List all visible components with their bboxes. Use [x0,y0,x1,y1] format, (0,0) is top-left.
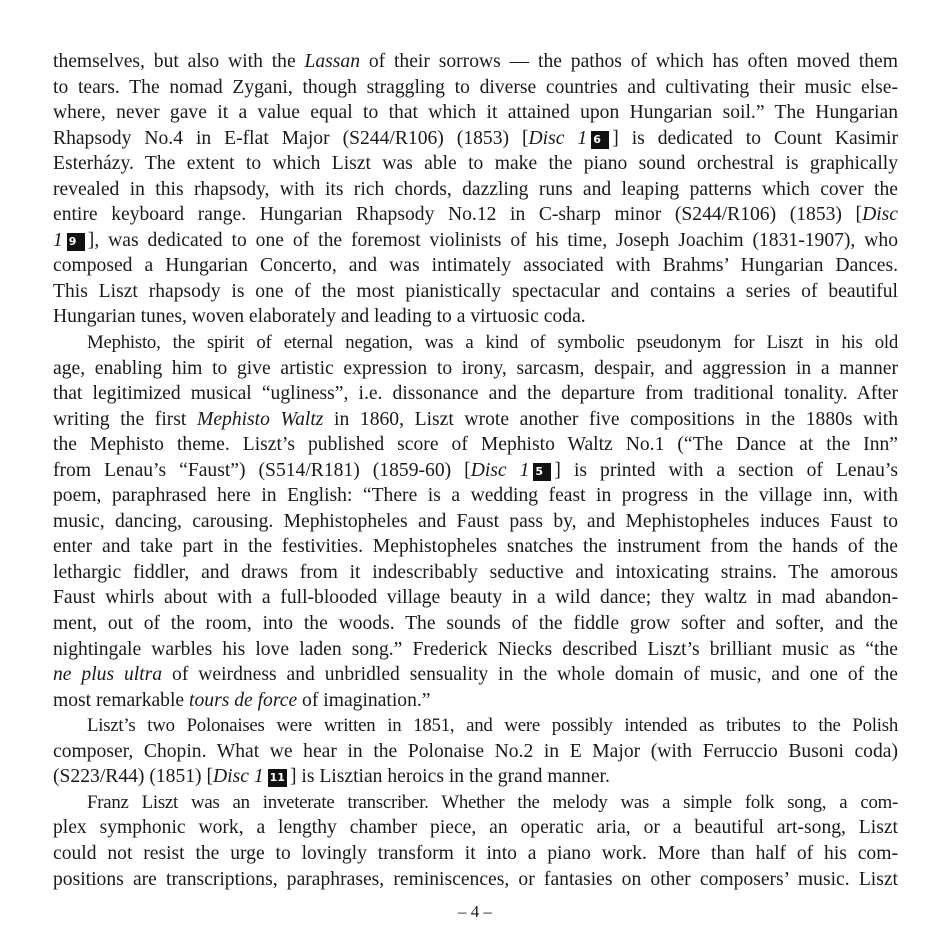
text-line: Rhapsody No.4 in E-flat Major (S244/R106… [53,126,898,152]
italic-text: Disc 1 [471,460,530,481]
text-line: This Liszt rhapsody is one of the most p… [53,279,898,305]
italic-text: ne plus ultra [53,664,162,685]
text-line: writing the first Mephisto Waltz in 1860… [53,407,898,433]
text-line: ment, out of the room, into the woods. T… [53,611,898,637]
text-line: Liszt’s two Polonaises were written in 1… [53,713,898,739]
text-line: ne plus ultra of weirdness and unbridled… [53,662,898,688]
track-number-badge: 9 [67,233,85,251]
paragraph: Mephisto, the spirit of eternal negation… [53,330,898,713]
text-line: nightingale warbles his love laden song.… [53,637,898,663]
text-line: Hungarian tunes, woven elaborately and l… [53,304,898,330]
text-line: poem, paraphrased here in English: “Ther… [53,483,898,509]
text-line: (S223/R44) (1851) [Disc 111] is Lisztian… [53,764,898,790]
italic-text: tours de force [189,690,297,711]
text-line: 19], was dedicated to one of the foremos… [53,228,898,254]
paragraph: Liszt’s two Polonaises were written in 1… [53,713,898,790]
text-line: Faust whirls about with a full-blooded v… [53,585,898,611]
track-number-badge: 11 [268,769,287,787]
text-line: composed a Hungarian Concerto, and was i… [53,253,898,279]
text-line: to tears. The nomad Zygani, though strag… [53,75,898,101]
text-line: could not resist the urge to lovingly tr… [53,841,898,867]
text-line: revealed in this rhapsody, with its rich… [53,177,898,203]
text-line: enter and take part in the festivities. … [53,534,898,560]
track-number-badge: 6 [591,131,609,149]
text-line: Mephisto, the spirit of eternal negation… [53,330,898,356]
paragraph: themselves, but also with the Lassan of … [53,49,898,330]
text-line: themselves, but also with the Lassan of … [53,49,898,75]
italic-text: Mephisto Waltz [197,409,323,430]
text-line: lethargic fiddler, and draws from it ind… [53,560,898,586]
text-line: the Mephisto theme. Liszt’s published sc… [53,432,898,458]
text-line: plex symphonic work, a lengthy chamber p… [53,815,898,841]
track-number-badge: 5 [533,463,551,481]
italic-text: Disc 1 [529,128,588,149]
italic-text: Disc 1 [213,766,264,787]
italic-text: Lassan [304,51,360,72]
text-line: from Lenau’s “Faust”) (S514/R181) (1859-… [53,458,898,484]
text-line: music, dancing, carousing. Mephistophele… [53,509,898,535]
text-line: positions are transcriptions, paraphrase… [53,867,898,893]
page-number: – 4 – [0,902,950,922]
text-line: that legitimized musical “ugliness”, i.e… [53,381,898,407]
text-line: where, never gave it a value equal to th… [53,100,898,126]
text-line: most remarkable tours de force of imagin… [53,688,898,714]
text-line: Franz Liszt was an inveterate transcribe… [53,790,898,816]
text-line: age, enabling him to give artistic expre… [53,356,898,382]
text-line: entire keyboard range. Hungarian Rhapsod… [53,202,898,228]
text-line: Esterházy. The extent to which Liszt was… [53,151,898,177]
italic-text: Disc [862,204,898,225]
text-line: composer, Chopin. What we hear in the Po… [53,739,898,765]
document-body: themselves, but also with the Lassan of … [53,49,898,892]
italic-text: 1 [53,230,63,251]
paragraph: Franz Liszt was an inveterate transcribe… [53,790,898,892]
